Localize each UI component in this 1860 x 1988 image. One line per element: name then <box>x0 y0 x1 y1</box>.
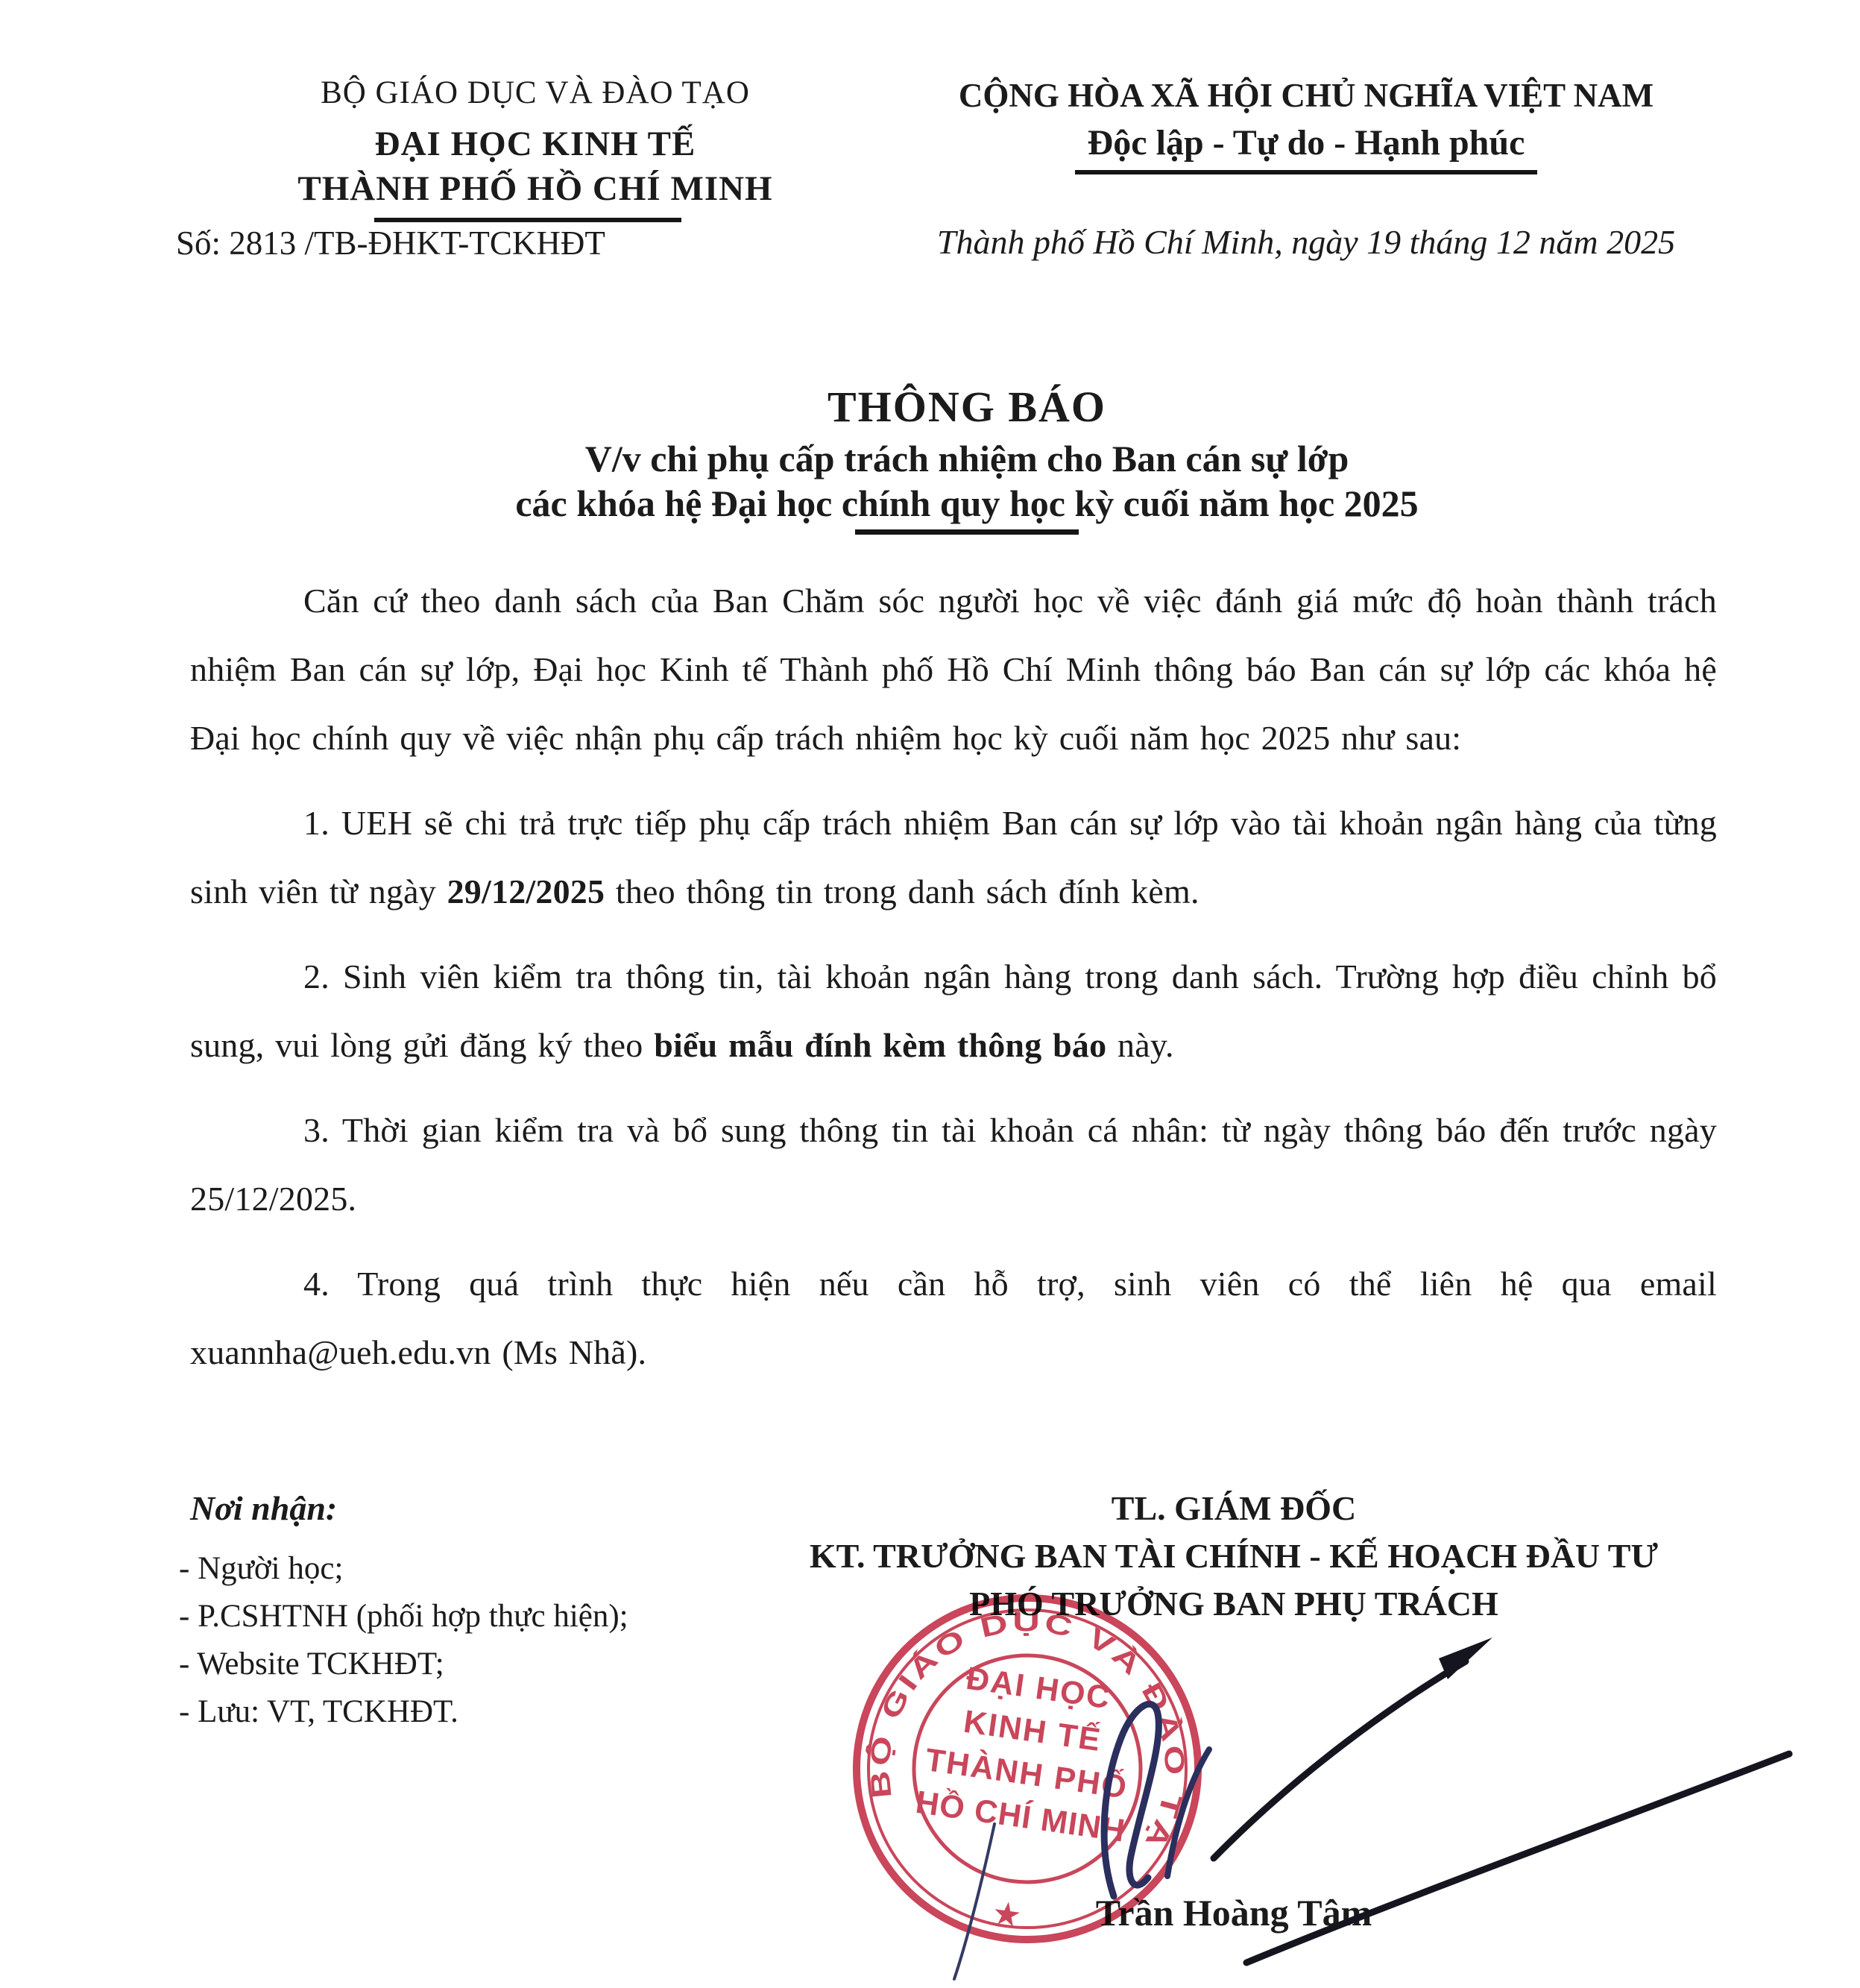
national-motto: Độc lập - Tự do - Hạnh phúc <box>1088 122 1525 163</box>
paragraph-item-1: 1. UEH sẽ chi trả trực tiếp phụ cấp trác… <box>190 789 1717 926</box>
national-title: CỘNG HÒA XÃ HỘI CHỦ NGHĨA VIỆT NAM <box>959 76 1653 115</box>
document-subject-line1: V/v chi phụ cấp trách nhiệm cho Ban cán … <box>585 437 1349 480</box>
paragraph-2-text-end: này. <box>1106 1026 1173 1064</box>
recipient-item: - Website TCKHĐT; <box>179 1641 628 1688</box>
paragraph-1-text-end: theo thông tin trong danh sách đính kèm. <box>605 872 1199 910</box>
signature-stroke-tip <box>1439 1638 1492 1679</box>
issuing-ministry-line: BỘ GIÁO DỤC VÀ ĐÀO TẠO <box>321 75 750 111</box>
recipient-item: - P.CSHTNH (phối hợp thực hiện); <box>179 1593 628 1641</box>
recipients-list: - Người học; - P.CSHTNH (phối hợp thực h… <box>179 1545 628 1736</box>
signing-authority-line1: TL. GIÁM ĐỐC <box>1112 1488 1356 1528</box>
document-number: Số: 2813 /TB-ĐHKT-TCKHĐT <box>176 224 605 262</box>
stamp-star-icon: ★ <box>990 1895 1024 1935</box>
document-body: Căn cứ theo danh sách của Ban Chăm sóc n… <box>190 567 1717 1387</box>
signature-upper-stroke <box>1214 1661 1466 1858</box>
right-header-rule <box>1075 170 1537 174</box>
official-red-stamp: BỘ GIÁO DỤC VÀ ĐÀO TẠO ĐẠI HỌC KINH TẾ T… <box>804 1545 1251 1988</box>
place-date-line: Thành phố Hồ Chí Minh, ngày 19 tháng 12 … <box>937 222 1675 262</box>
paragraph-intro: Căn cứ theo danh sách của Ban Chăm sóc n… <box>190 567 1717 773</box>
university-name-line2: THÀNH PHỐ HỒ CHÍ MINH <box>297 169 772 209</box>
document-title: THÔNG BÁO <box>827 382 1106 432</box>
recipient-item: - Người học; <box>179 1545 628 1593</box>
recipients-label: Nơi nhận: <box>190 1488 337 1528</box>
scanned-announcement-document: { "header": { "left": { "line1": "BỘ GIÁ… <box>0 0 1860 1988</box>
paragraph-item-4: 4. Trong quá trình thực hiện nếu cần hỗ … <box>190 1250 1717 1387</box>
paragraph-item-3: 3. Thời gian kiểm tra và bổ sung thông t… <box>190 1096 1717 1233</box>
university-name-line1: ĐẠI HỌC KINH TẾ <box>375 124 696 164</box>
document-subject-line2: các khóa hệ Đại học chính quy học kỳ cuố… <box>515 482 1418 525</box>
left-header-rule <box>374 218 681 222</box>
recipient-item: - Lưu: VT, TCKHĐT. <box>179 1688 628 1736</box>
paragraph-item-2: 2. Sinh viên kiểm tra thông tin, tài kho… <box>190 943 1717 1080</box>
title-underline <box>855 529 1079 535</box>
payment-date-bold: 29/12/2025 <box>447 872 605 910</box>
attached-form-bold: biểu mẫu đính kèm thông báo <box>654 1026 1106 1064</box>
